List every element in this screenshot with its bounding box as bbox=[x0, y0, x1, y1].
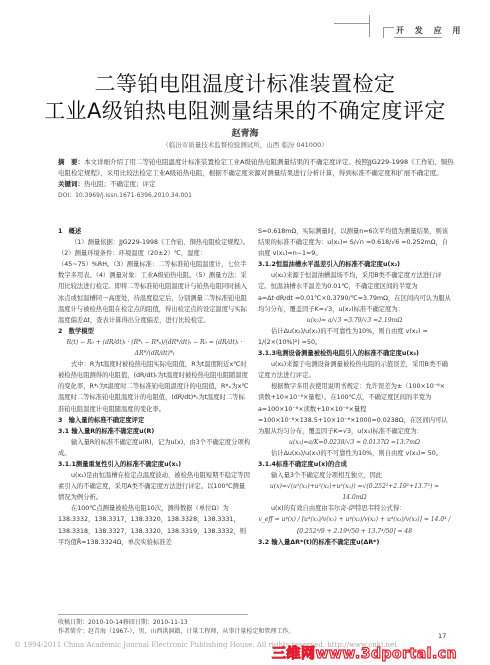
section-3-1-text: 输入量R的标准不确定度u(R)，记为u(x)，由3个不确定度分项构成。 bbox=[58, 437, 251, 459]
abstract-label: 摘 要： bbox=[58, 158, 84, 166]
author-bio: 作者简介：赵青海（1967-），男，山西洪洞籍，计量工程师，从事计量检定和管理工… bbox=[58, 626, 294, 635]
author-affiliation: （临汾市质量技术监督检验测试所，山西 临汾 041000） bbox=[0, 140, 490, 149]
section-2-text: 式中：R为t温度时被检热电阻实际电阻值，R为t温度附近x℃时被检热电阻测得的电阻… bbox=[58, 359, 251, 414]
footnote-divider bbox=[58, 614, 248, 615]
watermark-logo: 三维网www.3dportal.cn bbox=[272, 643, 457, 663]
left-column: 1 概述 （1）测量依据：JJG229-1998《工作铂、铜热电阻检定规程》。（… bbox=[58, 226, 251, 548]
section-3-1-4-text-2: u(x)的有效自由度由韦尔奇-萨特思韦特公式得： bbox=[258, 503, 451, 514]
u-x2-formula: u(x₂)= a/√3 =3.79/√3 =2.19mΩ bbox=[258, 315, 451, 326]
section-3-1-1-heading: 3.1.1测量重复性引入的标准不确定度u(x₁) bbox=[58, 459, 251, 470]
title-line-1: 二等铂电阻温度计标准装置检定 bbox=[0, 68, 490, 98]
section-3-1-1-data: 在100℃点测量被检热电阻10次，测得数据（单位Ω）为 138.3332，138… bbox=[58, 503, 251, 547]
section-3-1-3-heading: 3.1.3电测设备测量被检热电阻引入的标准不确定度u(x₃) bbox=[258, 348, 451, 359]
std-deviation-paragraph: S=0.618mΩ，实际测量时，以测量n=6次平均值为测量结果，则该结果的标准不… bbox=[258, 226, 451, 259]
u-x3-formula: u(x₃)=a/K=0.0238/√3 ≈ 0.0137Ω =13.7mΩ bbox=[258, 437, 451, 448]
section-3-1-2-reliability: 估计Δu(x₂)/u(x₂)的不可靠性为10%，则自由度 v(x₂) = 1/(… bbox=[258, 326, 451, 348]
section-3-1-3-reliability: 估计Δu(x₃)/u(x₃)的不可靠性为10%，则自由度 v(x₃)= 50。 bbox=[258, 448, 451, 459]
section-3-heading: 3 输入量的标准不确定度评定 bbox=[58, 415, 251, 426]
section-tag: 开 发 应 用 bbox=[396, 25, 464, 36]
section-3-1-2-text: u(x₂)来源于恒温油槽温场不均，采用B类不确定度方法进行评定。恒温油槽水平温差… bbox=[258, 270, 451, 314]
section-3-1-3-text-2: 根据数字多用表使用说明书规定：允许误差为±（100×10⁻⁶×读数+10×10⁻… bbox=[258, 381, 451, 436]
doi: DOI：10.3969/j.issn.1671-6396.2010.34.001 bbox=[58, 190, 458, 201]
abstract-text: 本文详细介绍了用二等铂电阻温度计标准装置检定工业A级铂热电阻测量结果的不确定度评… bbox=[58, 158, 454, 177]
title-line-2: 工业A级铂热电阻测量结果的不确定度评定 bbox=[0, 95, 490, 125]
header-underline bbox=[394, 37, 442, 38]
header-corner-box bbox=[383, 27, 394, 38]
abstract: 摘 要：本文详细介绍了用二等铂电阻温度计标准装置检定工业A级铂热电阻测量结果的不… bbox=[58, 157, 458, 179]
combined-uncertainty-formula: u(x)=√(u²(x₁)+u²(x₂)+u²(x₃)) =√(0.252²+2… bbox=[258, 481, 451, 503]
page-number: 17 bbox=[438, 632, 446, 640]
math-model-formula: R(t) − R₀ + (dR/dt)ₜ · (R*ₜ − R*ₛ)/(dR*/… bbox=[58, 337, 251, 359]
section-1-text: （1）测量依据：JJG229-1998《工作铂、铜热电阻检定规程》。（2）测量环… bbox=[58, 237, 251, 326]
header-line bbox=[334, 23, 369, 24]
section-3-2-heading: 3.2 输入量ΔR*(t)的标准不确定度u(ΔR*) bbox=[258, 537, 451, 548]
section-1-heading: 1 概述 bbox=[58, 226, 251, 237]
header-vertical-line bbox=[369, 15, 370, 37]
right-column: S=0.618mΩ，实际测量时，以测量n=6次平均值为测量结果，则该结果的标准不… bbox=[258, 226, 451, 548]
section-3-1-4-heading: 3.1.4标准不确定度u(x)的合成 bbox=[258, 459, 451, 470]
welch-satterthwaite-formula: v_eff = u⁴(x) / [u⁴(x₁)/v(x₁) + u⁴(x₂)/v… bbox=[258, 514, 451, 536]
keywords: 关键词：热电阻；不确定度；评定 bbox=[58, 179, 458, 190]
section-3-1-1-text: u(x₁)是由恒温槽在检定点温度波动、被检热电阻短期不稳定等因素引入的不确定度，… bbox=[58, 470, 251, 503]
section-3-1-heading: 3.1 输入量R的标准不确定度u(R) bbox=[58, 426, 251, 437]
abstract-block: 摘 要：本文详细介绍了用二等铂电阻温度计标准装置检定工业A级铂热电阻测量结果的不… bbox=[58, 157, 458, 201]
section-2-heading: 2 数学模型 bbox=[58, 326, 251, 337]
section-3-1-4-text: 输入量3个不确定度分项相互独立，因此 bbox=[258, 470, 451, 481]
received-date: 收稿日期：2010-10-14修回日期：2010-11-13 bbox=[58, 617, 188, 626]
section-3-1-2-heading: 3.1.2恒温油槽水平温差引入的标准不确定度u(x₂) bbox=[258, 259, 451, 270]
author-name: 赵青海 bbox=[0, 126, 490, 139]
keywords-text: 热电阻；不确定度；评定 bbox=[84, 180, 156, 188]
section-3-1-3-text: u(x₃)来源于电测设备测量被检热电阻的示值误差，采用B类不确定度方法进行评定。 bbox=[258, 359, 451, 381]
keywords-label: 关键词： bbox=[58, 180, 84, 188]
